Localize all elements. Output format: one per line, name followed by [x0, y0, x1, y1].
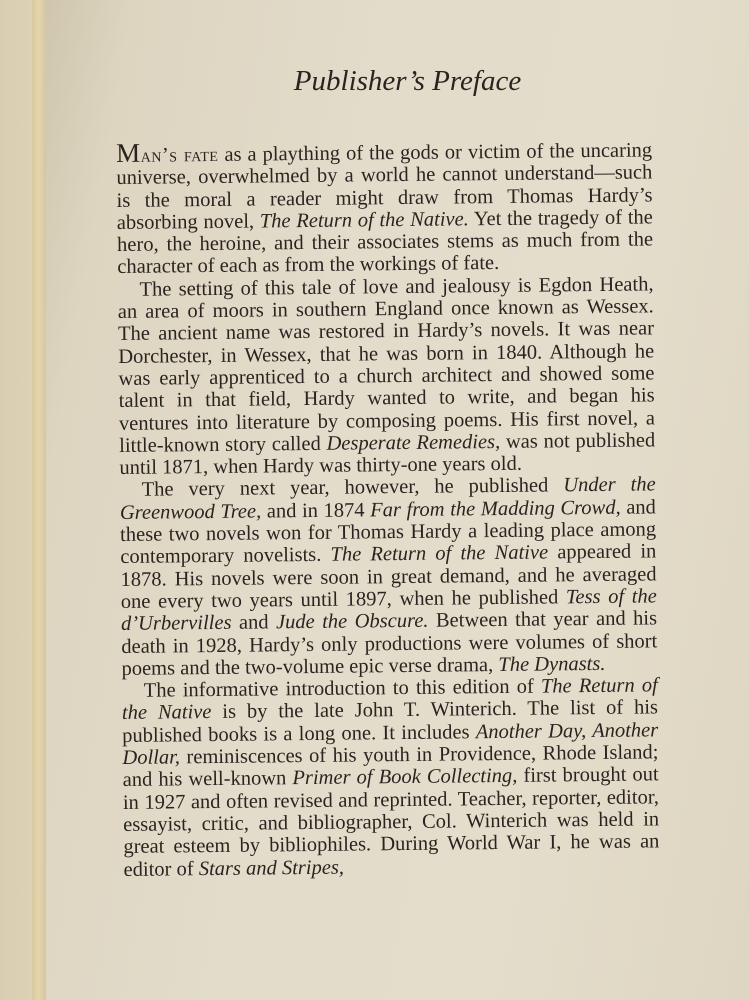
- italic-title: Primer of Book Collecting,: [292, 765, 517, 789]
- italic-title: The Return of the Native: [330, 542, 548, 566]
- italic-title: Stars and Stripes,: [199, 856, 344, 880]
- body-text: Man’s fate as a plaything of the gods or…: [116, 136, 660, 880]
- book-gutter: [32, 0, 46, 1000]
- italic-title: Desperate Remedies,: [326, 431, 500, 455]
- paragraph: The very next year, however, he publishe…: [120, 474, 658, 680]
- page-title: Publisher’s Preface: [46, 65, 749, 98]
- italic-title: Jude the Obscure.: [276, 610, 429, 634]
- italic-title: The Return of the Native: [122, 674, 658, 724]
- italic-title: The Dynasts.: [498, 653, 605, 676]
- paragraph: The setting of this tale of love and jea…: [117, 273, 655, 479]
- italic-title: Far from the Madding Crowd,: [370, 496, 621, 521]
- italic-title: Another Day, Another Dollar,: [122, 719, 658, 769]
- italic-title: The Return of the Native.: [260, 208, 469, 232]
- paragraph: Man’s fate as a plaything of the gods or…: [116, 136, 653, 278]
- lead-in-small-caps: Man’s fate: [116, 144, 218, 167]
- paragraph: The informative introduction to this edi…: [122, 674, 660, 880]
- book-page: Publisher’s Preface Man’s fate as a play…: [46, 0, 749, 1000]
